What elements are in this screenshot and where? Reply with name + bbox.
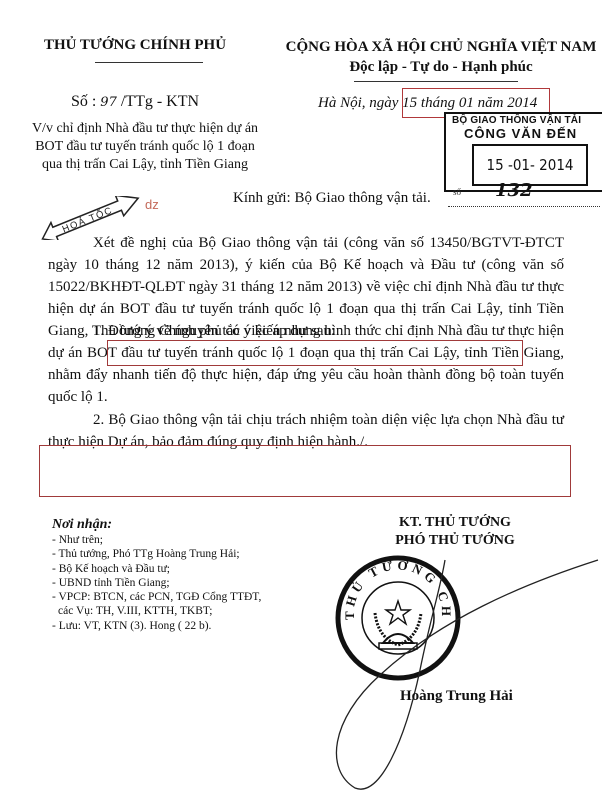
distribution-item: - Thủ tướng, Phó TTg Hoàng Trung Hải;: [52, 547, 261, 561]
para1-text-a: 1. Đồng ý về nguyên tắc việc áp dụng hìn…: [93, 323, 564, 339]
issuer-underline: [95, 62, 203, 63]
urgent-label: HOẢ TỐC: [60, 204, 114, 235]
distribution-list: - Như trên; - Thủ tướng, Phó TTg Hoàng T…: [52, 533, 261, 633]
stamp-number-prefix: số: [453, 187, 461, 197]
issuer-title: THỦ TƯỚNG CHÍNH PHỦ: [30, 37, 240, 54]
stamp-org: BỘ GIAO THÔNG VẬN TẢI: [452, 115, 581, 126]
distribution-item: - Bộ Kế hoạch và Đầu tư;: [52, 562, 261, 576]
doc-number-value: 97: [100, 95, 117, 110]
national-header: CỘNG HÒA XÃ HỘI CHỦ NGHĨA VIỆT NAM Độc l…: [282, 37, 600, 77]
country-name: CỘNG HÒA XÃ HỘI CHỦ NGHĨA VIỆT NAM: [282, 37, 600, 57]
project-highlight-box: [107, 340, 523, 366]
signer-name: Hoàng Trung Hải: [400, 688, 513, 705]
national-motto: Độc lập - Tự do - Hạnh phúc: [282, 57, 600, 77]
distribution-item: - Lưu: VT, KTN (3). Hong ( 22 b).: [52, 619, 261, 633]
handwritten-signature-icon: [300, 500, 602, 796]
stamp-title: CÔNG VĂN ĐẾN: [464, 126, 577, 141]
distribution-item: các Vụ: TH, V.III, KTTH, TKBT;: [52, 604, 261, 618]
responsibility-highlight-box: [39, 445, 571, 497]
stamp-number-line: [448, 205, 600, 207]
subject-line: BOT đầu tư tuyến tránh quốc lộ 1 đoạn: [20, 138, 270, 156]
distribution-title: Nơi nhận:: [52, 517, 112, 533]
handwritten-annotation: dz: [145, 197, 159, 212]
distribution-item: - VPCP: BTCN, các PCN, TGĐ Cổng TTĐT,: [52, 590, 261, 604]
doc-number-suffix: /TTg - KTN: [117, 93, 199, 110]
document-number: Số : 97 /TTg - KTN: [30, 93, 240, 111]
subject-line: qua thị trấn Cai Lậy, tỉnh Tiền Giang: [20, 156, 270, 174]
distribution-item: - UBND tỉnh Tiền Giang;: [52, 576, 261, 590]
recipient: Kính gửi: Bộ Giao thông vận tải.: [233, 190, 431, 207]
document-subject: V/v chỉ định Nhà đầu tư thực hiện dự án …: [20, 120, 270, 174]
distribution-item: - Như trên;: [52, 533, 261, 547]
subject-line: V/v chỉ định Nhà đầu tư thực hiện dự án: [20, 120, 270, 138]
date-prefix: Hà Nội, ngày: [318, 95, 402, 111]
stamp-number: 132: [495, 180, 533, 201]
motto-underline: [354, 81, 518, 82]
doc-number-prefix: Số :: [71, 93, 100, 110]
